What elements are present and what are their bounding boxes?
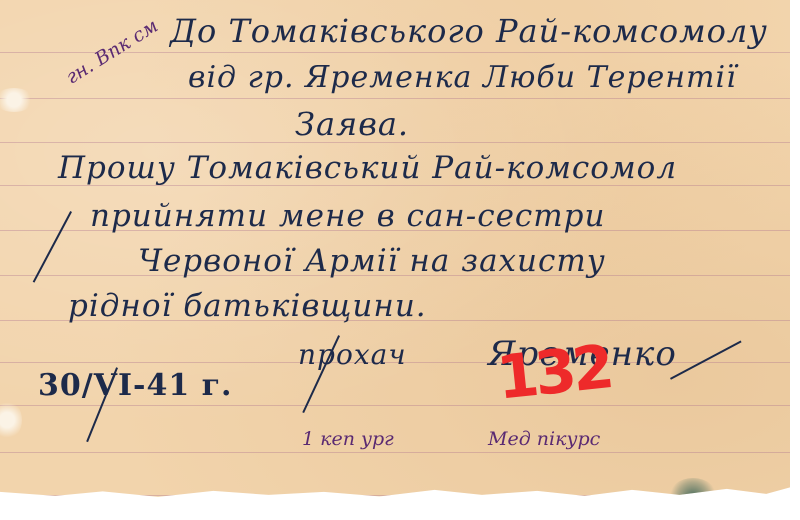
document-title: Заява. [295, 105, 409, 143]
body-line-4: рідної батьківщини. [68, 288, 427, 324]
signature-flourish [670, 340, 742, 379]
body-line-3: Червоної Армії на захисту [138, 243, 606, 279]
ruled-line [0, 405, 790, 406]
bottom-note-right: Мед пікурс [488, 428, 600, 450]
body-line-1: Прошу Томаківський Рай-комсомол [58, 150, 677, 186]
ink-smudge [668, 478, 718, 518]
date: 30/VI-41 г. [38, 368, 233, 403]
ruled-line [0, 452, 790, 453]
bottom-note-left: 1 кеп ург [302, 428, 394, 450]
ruled-line [0, 495, 790, 496]
sender-line: від гр. Яременка Люби Терентії [188, 60, 737, 95]
punch-hole [0, 400, 22, 440]
punch-hole [0, 88, 34, 112]
pen-stroke [33, 211, 72, 282]
addressee-line: До Томаківського Рай-комсомолу [170, 12, 768, 50]
paper-sheet: До Томаківського Рай-комсомолу від гр. Я… [0, 0, 790, 505]
ruled-line [0, 98, 790, 99]
closing-label: прохач [298, 338, 407, 371]
body-line-2: прийняти мене в сан-сестри [90, 198, 605, 234]
red-registration-number: 132 [494, 332, 614, 413]
